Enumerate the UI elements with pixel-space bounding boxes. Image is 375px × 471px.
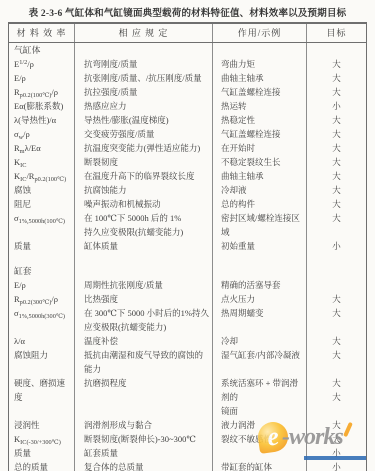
table-row: KIC断裂韧度不稳定裂纹生长大 [9, 155, 366, 169]
cell-specification: 周期性抗张刚度/质量 [75, 278, 213, 292]
cell-target: 小 [307, 446, 366, 460]
cell-specification: 断裂韧度 [75, 155, 213, 169]
cell-target: 大 [307, 211, 366, 239]
table-row: 浸润性润滑剂形成与黏合液力润滑大 [9, 418, 366, 432]
cell-target [307, 264, 366, 278]
column-header-application: 作用/示例 [213, 24, 307, 42]
table-row: 腐蚀抗腐蚀能力冷却液大 [9, 183, 366, 197]
cell-specification: 噪声振动和机械振动 [75, 197, 213, 211]
cell-application-example: 气缸盖螺栓连接 [213, 127, 307, 141]
cell-target [307, 43, 366, 57]
materials-table: 材 料 效 率 相 应 规 定 作用/示例 目标 气缸体E1/2/ρ抗弯刚度/质… [8, 22, 367, 471]
cell-application-example: 冷却 [213, 334, 307, 348]
cell-material-efficiency: σw/ρ [9, 127, 75, 141]
cell-application-example: 密封区域/螺栓连接区域 [213, 211, 307, 239]
cell-target: 大 [307, 418, 366, 432]
column-header-specification: 相 应 规 定 [75, 24, 213, 42]
cell-material-efficiency: Rmλ/Eα [9, 141, 75, 155]
cell-target: 小 [307, 99, 366, 113]
cell-specification: 抗张刚度/质量、/抗压刚度/质量 [75, 71, 213, 85]
cell-application-example: 带缸套的缸体 [213, 460, 307, 471]
cell-specification: 润滑剂形成与黏合 [75, 418, 213, 432]
cell-specification [75, 253, 213, 264]
table-row: Rmλ/Eα抗温度突变能力(弹性适应能力)在开始时大 [9, 141, 366, 155]
cell-application-example: 冷却液 [213, 183, 307, 197]
table-row: Eα(膨胀系数)热感应应力热运转小 [9, 99, 366, 113]
cell-application-example: 点火压力 [213, 292, 307, 306]
cell-specification: 温度补偿 [75, 334, 213, 348]
cell-target: 小 [307, 460, 366, 471]
cell-specification: 交变疲劳强度/质量 [75, 127, 213, 141]
cell-specification: 在 300℃下 5000 小时后的1%持久应变极限(抗蠕变能力) [75, 306, 213, 334]
table-row: 硬度、磨损速度抗磨损程度系统活塞环 + 带润滑剂的镜面大大 [9, 376, 366, 418]
cell-material-efficiency: 阻尼 [9, 197, 75, 211]
scanned-page: 表 2-3-6 气缸体和气缸镜面典型载荷的材料特征值、材料效率以及预期目标 材 … [0, 0, 375, 471]
cell-specification: 抗磨损程度 [75, 376, 213, 418]
spacer-row [9, 253, 366, 264]
cell-material-efficiency: Rp0.2(300℃)/ρ [9, 292, 75, 306]
cell-target: 小 [307, 239, 366, 253]
cell-material-efficiency: E1/2/ρ [9, 57, 75, 71]
cell-specification: 在 100℃下 5000h 后的 1%持久应变极限(抗蠕变能力) [75, 211, 213, 239]
cell-target: 大大 [307, 376, 366, 418]
cell-specification: 抵抗由潮湿和废气导致的腐蚀的能力 [75, 348, 213, 376]
cell-specification: 热感应应力 [75, 99, 213, 113]
table-row: E1/2/ρ抗弯刚度/质量弯曲力矩大 [9, 57, 366, 71]
cell-target: 大 [307, 85, 366, 99]
cell-application-example: 曲轴主轴承 [213, 169, 307, 183]
table-row: E/ρ周期性抗张刚度/质量精确的活塞导套 [9, 278, 366, 292]
cell-material-efficiency: 腐蚀 [9, 183, 75, 197]
cell-material-efficiency: E/ρ [9, 71, 75, 85]
cell-target: 大 [307, 432, 366, 446]
table-row: E/ρ抗张刚度/质量、/抗压刚度/质量曲轴主轴承大 [9, 71, 366, 85]
cell-target: 大 [307, 71, 366, 85]
cell-target: 大 [307, 348, 366, 376]
cell-application-example [213, 43, 307, 57]
cell-specification: 抗温度突变能力(弹性适应能力) [75, 141, 213, 155]
cell-target: 大 [307, 127, 366, 141]
cell-application-example: 总的构件 [213, 197, 307, 211]
cell-specification: 抗弯刚度/质量 [75, 57, 213, 71]
cell-application-example: 不稳定裂纹生长 [213, 155, 307, 169]
cell-material-efficiency: Eα(膨胀系数) [9, 99, 75, 113]
cell-application-example [213, 446, 307, 460]
section-header-row: 气缸体 [9, 43, 366, 57]
table-row: 阻尼噪声振动和机械振动总的构件大 [9, 197, 366, 211]
cell-application-example: 系统活塞环 + 带润滑剂的镜面 [213, 376, 307, 418]
cell-specification [75, 43, 213, 57]
cell-application-example: 曲轴主轴承 [213, 71, 307, 85]
table-header-row: 材 料 效 率 相 应 规 定 作用/示例 目标 [9, 24, 366, 43]
cell-material-efficiency: 缸套 [9, 264, 75, 278]
table-row: σ1%,5000h(300℃)在 300℃下 5000 小时后的1%持久应变极限… [9, 306, 366, 334]
cell-application-example: 精确的活塞导套 [213, 278, 307, 292]
cell-specification: 复合体的总质量 [75, 460, 213, 471]
table-row: σ1%,5000h(100℃)在 100℃下 5000h 后的 1%持久应变极限… [9, 211, 366, 239]
cell-material-efficiency: σ1%,5000h(300℃) [9, 306, 75, 334]
cell-material-efficiency: 浸润性 [9, 418, 75, 432]
table-row: Rp0.2(300℃)/ρ比热强度点火压力大 [9, 292, 366, 306]
cell-target: 大 [307, 183, 366, 197]
cell-material-efficiency: σ1%,5000h(100℃) [9, 211, 75, 239]
cell-specification: 抗腐蚀能力 [75, 183, 213, 197]
table-row: Rp0.2(100℃)/ρ抗拉强度/质量气缸盖螺栓连接大 [9, 85, 366, 99]
cell-application-example: 气缸盖螺栓连接 [213, 85, 307, 99]
table-row: 质量缸体质量初始重量小 [9, 239, 366, 253]
cell-specification [75, 264, 213, 278]
table-row: KIC(-30/+300℃)断裂韧度(断裂伸长)-30~300℃裂纹不敏感性大 [9, 432, 366, 446]
column-header-material-efficiency: 材 料 效 率 [9, 24, 75, 42]
cell-application-example: 热稳定性 [213, 113, 307, 127]
cell-target: 大 [307, 141, 366, 155]
cell-material-efficiency: KIC/Rp0.2(100℃) [9, 169, 75, 183]
cell-application-example: 裂纹不敏感性 [213, 432, 307, 446]
cell-target: 大 [307, 155, 366, 169]
table-row: λ(导热性)/α导热性/膨胀(温度梯度)热稳定性大 [9, 113, 366, 127]
cell-target: 大 [307, 113, 366, 127]
table-row: λ/α温度补偿冷却大 [9, 334, 366, 348]
cell-material-efficiency: 质量 [9, 446, 75, 460]
cell-specification: 导热性/膨胀(温度梯度) [75, 113, 213, 127]
table-row: 腐蚀阻力抵抗由潮湿和废气导致的腐蚀的能力湿气缸套/内部冷凝液大 [9, 348, 366, 376]
cell-material-efficiency: KIC [9, 155, 75, 169]
cell-application-example: 初始重量 [213, 239, 307, 253]
cell-material-efficiency: 气缸体 [9, 43, 75, 57]
cell-target: 大 [307, 334, 366, 348]
column-header-target: 目标 [307, 24, 366, 42]
table-title: 表 2-3-6 气缸体和气缸镜面典型载荷的材料特征值、材料效率以及预期目标 [0, 0, 375, 19]
table-row: KIC/Rp0.2(100℃)在温度升高下的临界裂纹长度曲轴主轴承大 [9, 169, 366, 183]
section-header-row: 缸套 [9, 264, 366, 278]
cell-specification: 缸体质量 [75, 239, 213, 253]
cell-material-efficiency: E/ρ [9, 278, 75, 292]
cell-material-efficiency: λ(导热性)/α [9, 113, 75, 127]
cell-target: 大 [307, 292, 366, 306]
cell-target: 大 [307, 306, 366, 334]
table-row: σw/ρ交变疲劳强度/质量气缸盖螺栓连接大 [9, 127, 366, 141]
cell-material-efficiency: λ/α [9, 334, 75, 348]
cell-material-efficiency: KIC(-30/+300℃) [9, 432, 75, 446]
cell-application-example [213, 264, 307, 278]
cell-application-example: 在开始时 [213, 141, 307, 155]
cell-material-efficiency: 质量 [9, 239, 75, 253]
cell-application-example: 湿气缸套/内部冷凝液 [213, 348, 307, 376]
cell-specification: 断裂韧度(断裂伸长)-30~300℃ [75, 432, 213, 446]
cell-application-example: 热运转 [213, 99, 307, 113]
cell-target [307, 253, 366, 264]
cell-material-efficiency: Rp0.2(100℃)/ρ [9, 85, 75, 99]
table-row: 总的质量复合体的总质量带缸套的缸体小 [9, 460, 366, 471]
cell-material-efficiency: 硬度、磨损速度 [9, 376, 75, 418]
cell-material-efficiency [9, 253, 75, 264]
cell-application-example [213, 253, 307, 264]
table-row: 质量缸套质量小 [9, 446, 366, 460]
cell-application-example: 弯曲力矩 [213, 57, 307, 71]
cell-target: 大 [307, 57, 366, 71]
cell-application-example: 热周期蠕变 [213, 306, 307, 334]
cell-target [307, 278, 366, 292]
cell-specification: 缸套质量 [75, 446, 213, 460]
cell-application-example: 液力润滑 [213, 418, 307, 432]
cell-specification: 抗拉强度/质量 [75, 85, 213, 99]
cell-specification: 比热强度 [75, 292, 213, 306]
table-body: 气缸体E1/2/ρ抗弯刚度/质量弯曲力矩大E/ρ抗张刚度/质量、/抗压刚度/质量… [9, 43, 366, 471]
cell-material-efficiency: 总的质量 [9, 460, 75, 471]
cell-target: 大 [307, 169, 366, 183]
cell-target: 大 [307, 197, 366, 211]
cell-specification: 在温度升高下的临界裂纹长度 [75, 169, 213, 183]
cell-material-efficiency: 腐蚀阻力 [9, 348, 75, 376]
